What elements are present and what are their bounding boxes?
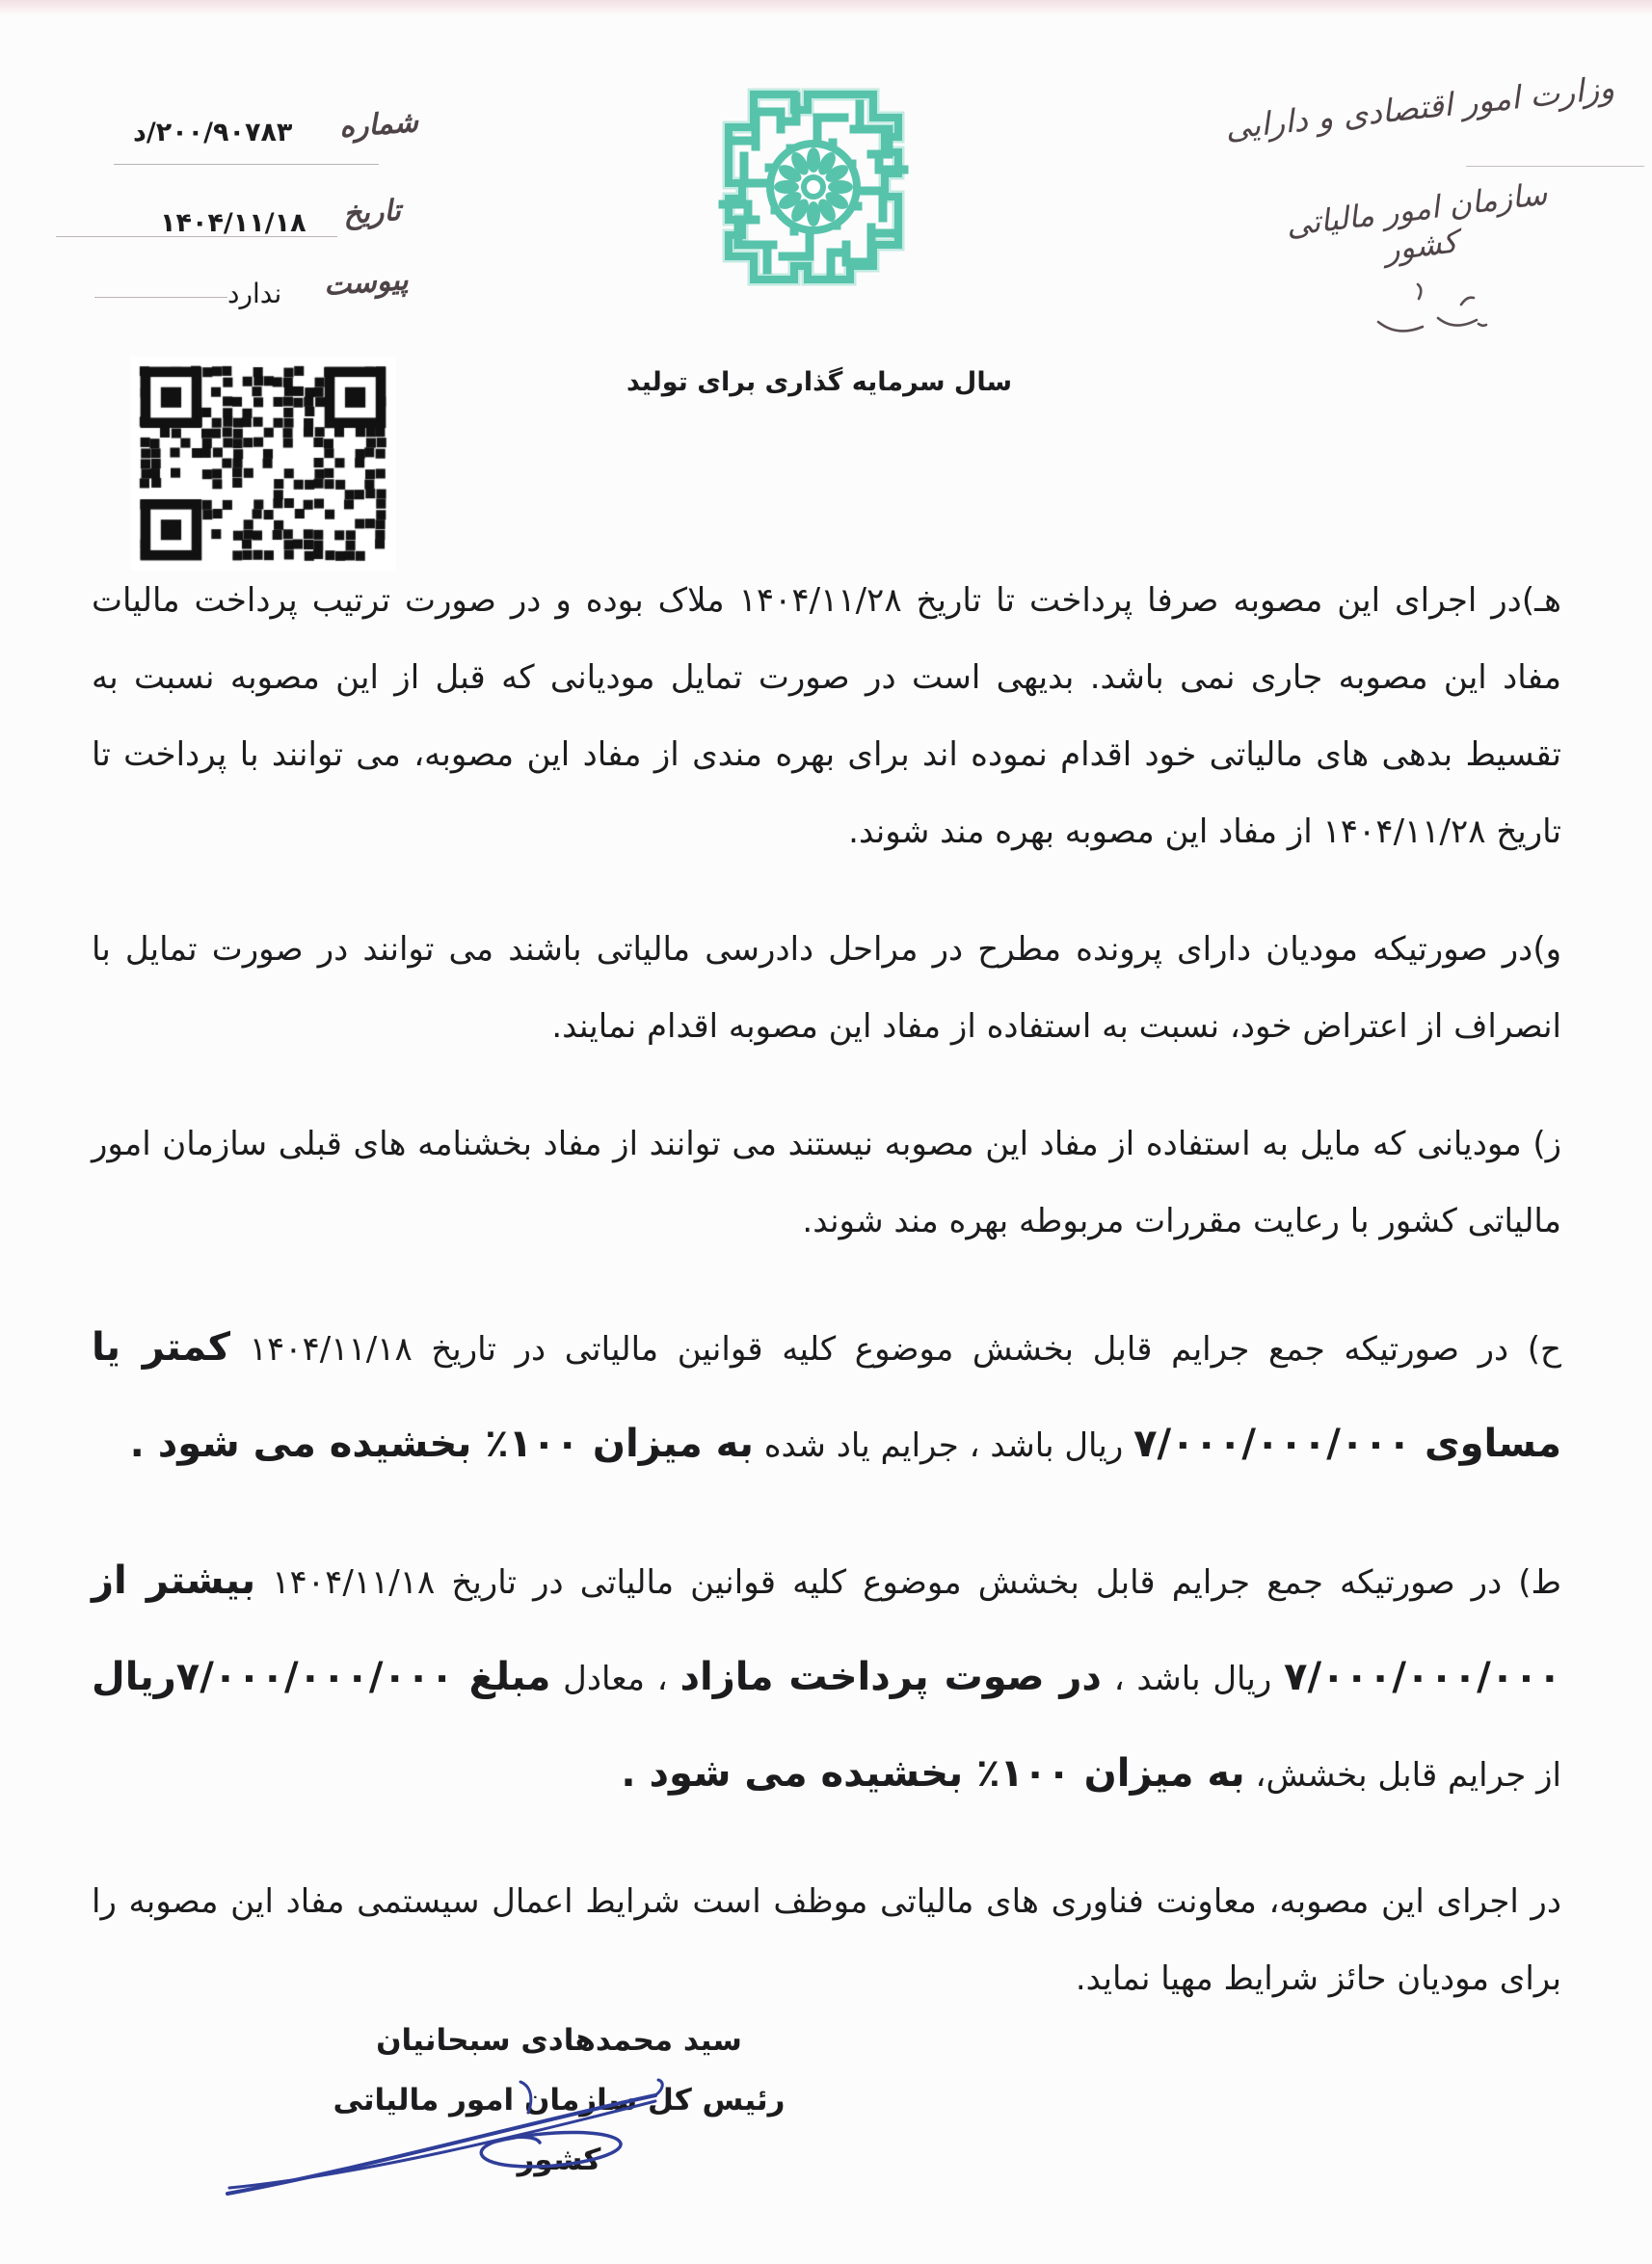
ruling-line [1466, 166, 1644, 167]
tax-administration-logo-icon [708, 79, 919, 310]
signer-name: سید محمدهادی سبحانیان [289, 2011, 829, 2070]
text-segment: مبلغ ۷/۰۰۰/۰۰۰/۰۰۰ریال [92, 1655, 550, 1699]
handwritten-signature [220, 2070, 673, 2215]
paragraph-p-vav: و)در صورتیکه مودیان دارای پرونده مطرح در… [92, 911, 1561, 1065]
number-label: شماره [338, 105, 419, 145]
text-segment: به میزان ۱۰۰٪ بخشیده می شود . [621, 1751, 1244, 1796]
text-segment: ، معادل [550, 1660, 679, 1698]
letter-body: هـ)در اجرای این مصوبه صرفا پرداخت تا تار… [92, 562, 1561, 2058]
paragraph-p-hche: ح) در صورتیکه جمع جرایم قابل بخشش موضوع … [92, 1300, 1561, 1493]
date-label: تاریخ [342, 194, 402, 231]
text-segment: ح) در صورتیکه جمع جرایم قابل بخشش موضوع … [230, 1330, 1561, 1369]
text-segment: از جرایم قابل بخشش، [1245, 1756, 1561, 1795]
qr-code [130, 357, 396, 571]
paragraph-p-he: هـ)در اجرای این مصوبه صرفا پرداخت تا تار… [92, 562, 1561, 870]
text-segment: ط) در صورتیکه جمع جرایم قابل بخشش موضوع … [255, 1563, 1561, 1602]
organization-name: سازمان امور مالیاتی کشور [1252, 172, 1586, 284]
ruling-line [56, 236, 337, 237]
text-segment: و)در صورتیکه مودیان دارای پرونده مطرح در… [92, 930, 1561, 1046]
text-segment: ز) مودیانی که مایل به استفاده از مفاد ای… [92, 1125, 1561, 1240]
number-value: ۲۰۰/۹۰۷۸۳/د [133, 118, 292, 147]
ministry-name: وزارت امور اقتصادی و دارایی [1212, 67, 1628, 148]
text-segment: ریال باشد ، [1102, 1660, 1284, 1698]
handwritten-scribble [1365, 281, 1529, 351]
ruling-line [114, 164, 379, 165]
slogan-text: سال سرمایه گذاری برای تولید [598, 367, 1041, 397]
attachment-value: ندارد [227, 278, 281, 309]
date-value: ۱۴۰۴/۱۱/۱۸ [160, 208, 306, 238]
text-segment: ریال باشد ، جرایم یاد شده [754, 1426, 1133, 1465]
attachment-label: پیوست [323, 263, 410, 303]
text-segment: در صوت پرداخت مازاد [679, 1655, 1101, 1699]
text-segment: به میزان ۱۰۰٪ بخشیده می شود . [130, 1422, 754, 1466]
ruling-line [94, 297, 227, 298]
paragraph-p-final: در اجرای این مصوبه، معاونت فناوری های ما… [92, 1863, 1561, 2017]
text-segment: در اجرای این مصوبه، معاونت فناوری های ما… [92, 1882, 1561, 1998]
scan-edge-tint [0, 0, 1652, 15]
text-segment: هـ)در اجرای این مصوبه صرفا پرداخت تا تار… [92, 581, 1561, 851]
scanned-letter-page: شماره ۲۰۰/۹۰۷۸۳/د تاریخ ۱۴۰۴/۱۱/۱۸ پیوست… [0, 0, 1652, 2264]
paragraph-p-ta: ط) در صورتیکه جمع جرایم قابل بخشش موضوع … [92, 1533, 1561, 1823]
paragraph-p-ze: ز) مودیانی که مایل به استفاده از مفاد ای… [92, 1105, 1561, 1260]
